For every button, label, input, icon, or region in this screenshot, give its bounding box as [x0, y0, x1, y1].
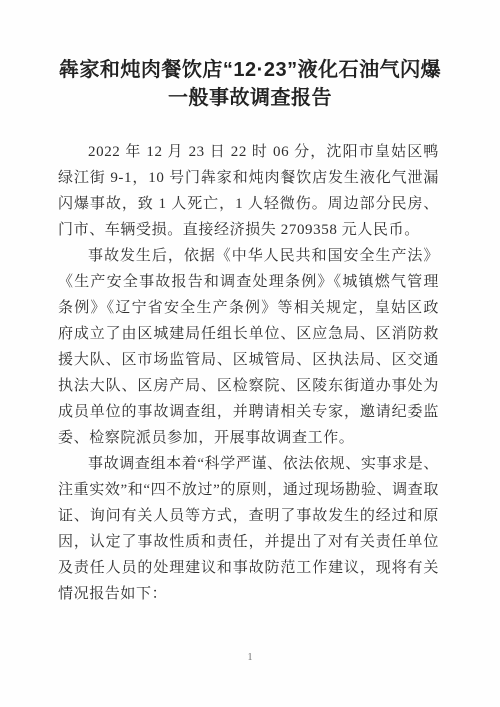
document-title: 犇家和炖肉餐饮店“12·23”液化石油气闪爆一般事故调查报告 — [58, 56, 442, 112]
paragraph-incident-summary: 2022 年 12 月 23 日 22 时 06 分，沈阳市皇姑区鸭绿江街 9-… — [58, 139, 439, 243]
paragraph-investigation-principles: 事故调查组本着“科学严谨、依法依规、实事求是、注重实效”和“四不放过”的原则，通… — [58, 451, 439, 607]
document-page: 犇家和炖肉餐饮店“12·23”液化石油气闪爆一般事故调查报告 2022 年 12… — [0, 0, 500, 707]
page-number: 1 — [0, 652, 500, 664]
document-body: 2022 年 12 月 23 日 22 时 06 分，沈阳市皇姑区鸭绿江街 9-… — [58, 139, 439, 607]
paragraph-investigation-team: 事故发生后，依据《中华人民共和国安全生产法》《生产安全事故报告和调查处理条例》《… — [58, 243, 439, 451]
